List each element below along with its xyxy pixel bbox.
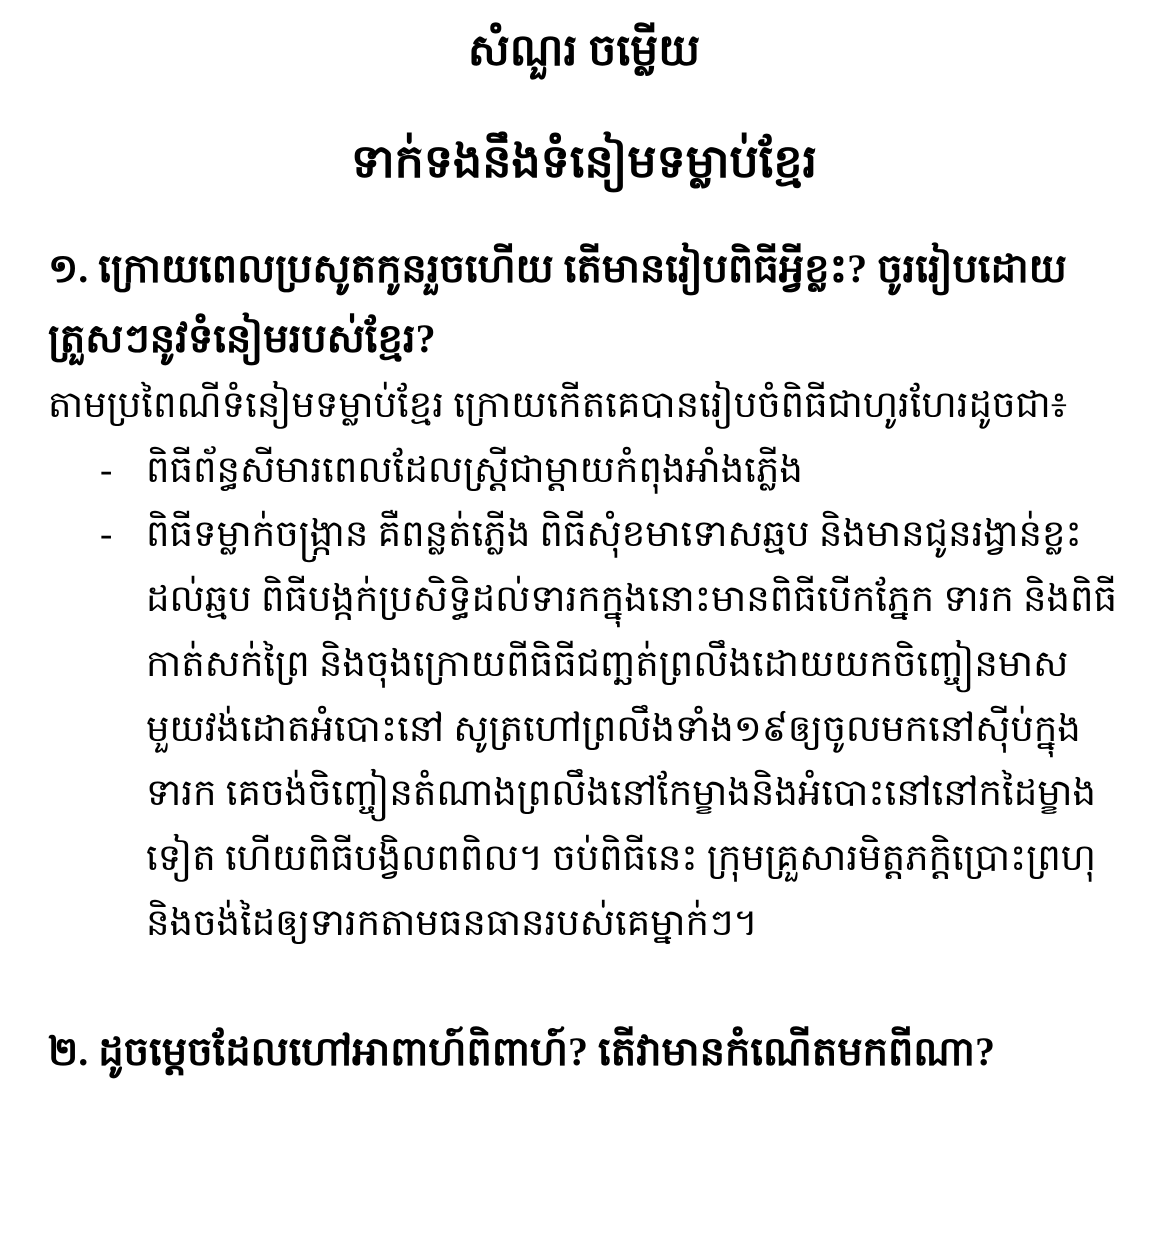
bullet-text: ពិធីព័ន្ធសីមារពេលដែលស្ត្រីជាម្តាយកំពុងអា… — [146, 439, 1120, 504]
list-item: - ពិធីទម្លាក់ចង្ក្រាន គឺពន្លត់ភ្លើង ពិធី… — [48, 503, 1120, 956]
bullet-text: ពិធីទម្លាក់ចង្ក្រាន គឺពន្លត់ភ្លើង ពិធីសុ… — [146, 503, 1120, 956]
question-1-heading: ១. ក្រោយពេលប្រសូតកូនរួចហើយ តើមានរៀបពិធីអ… — [48, 234, 1120, 374]
document-title: សំណួរ ចម្លើយ — [48, 20, 1120, 82]
question-1-intro: តាមប្រពៃណីទំនៀមទម្លាប់ខ្មែរ ក្រោយកើតគេបា… — [48, 374, 1120, 439]
bullet-dash-marker: - — [100, 439, 146, 504]
document-subtitle: ទាក់ទងនឹងទំនៀមទម្លាប់ខ្មែរ — [48, 130, 1120, 194]
ceremony-bullet-list: - ពិធីព័ន្ធសីមារពេលដែលស្ត្រីជាម្តាយកំពុង… — [48, 439, 1120, 957]
list-item: - ពិធីព័ន្ធសីមារពេលដែលស្ត្រីជាម្តាយកំពុង… — [48, 439, 1120, 504]
document-page: សំណួរ ចម្លើយ ទាក់ទងនឹងទំនៀមទម្លាប់ខ្មែរ … — [0, 0, 1166, 1235]
question-2-heading: ២. ដូចម្តេចដែលហៅអាពាហ៍ពិពាហ៍? តើវាមានកំណ… — [48, 1017, 1120, 1087]
bullet-dash-marker: - — [100, 503, 146, 568]
